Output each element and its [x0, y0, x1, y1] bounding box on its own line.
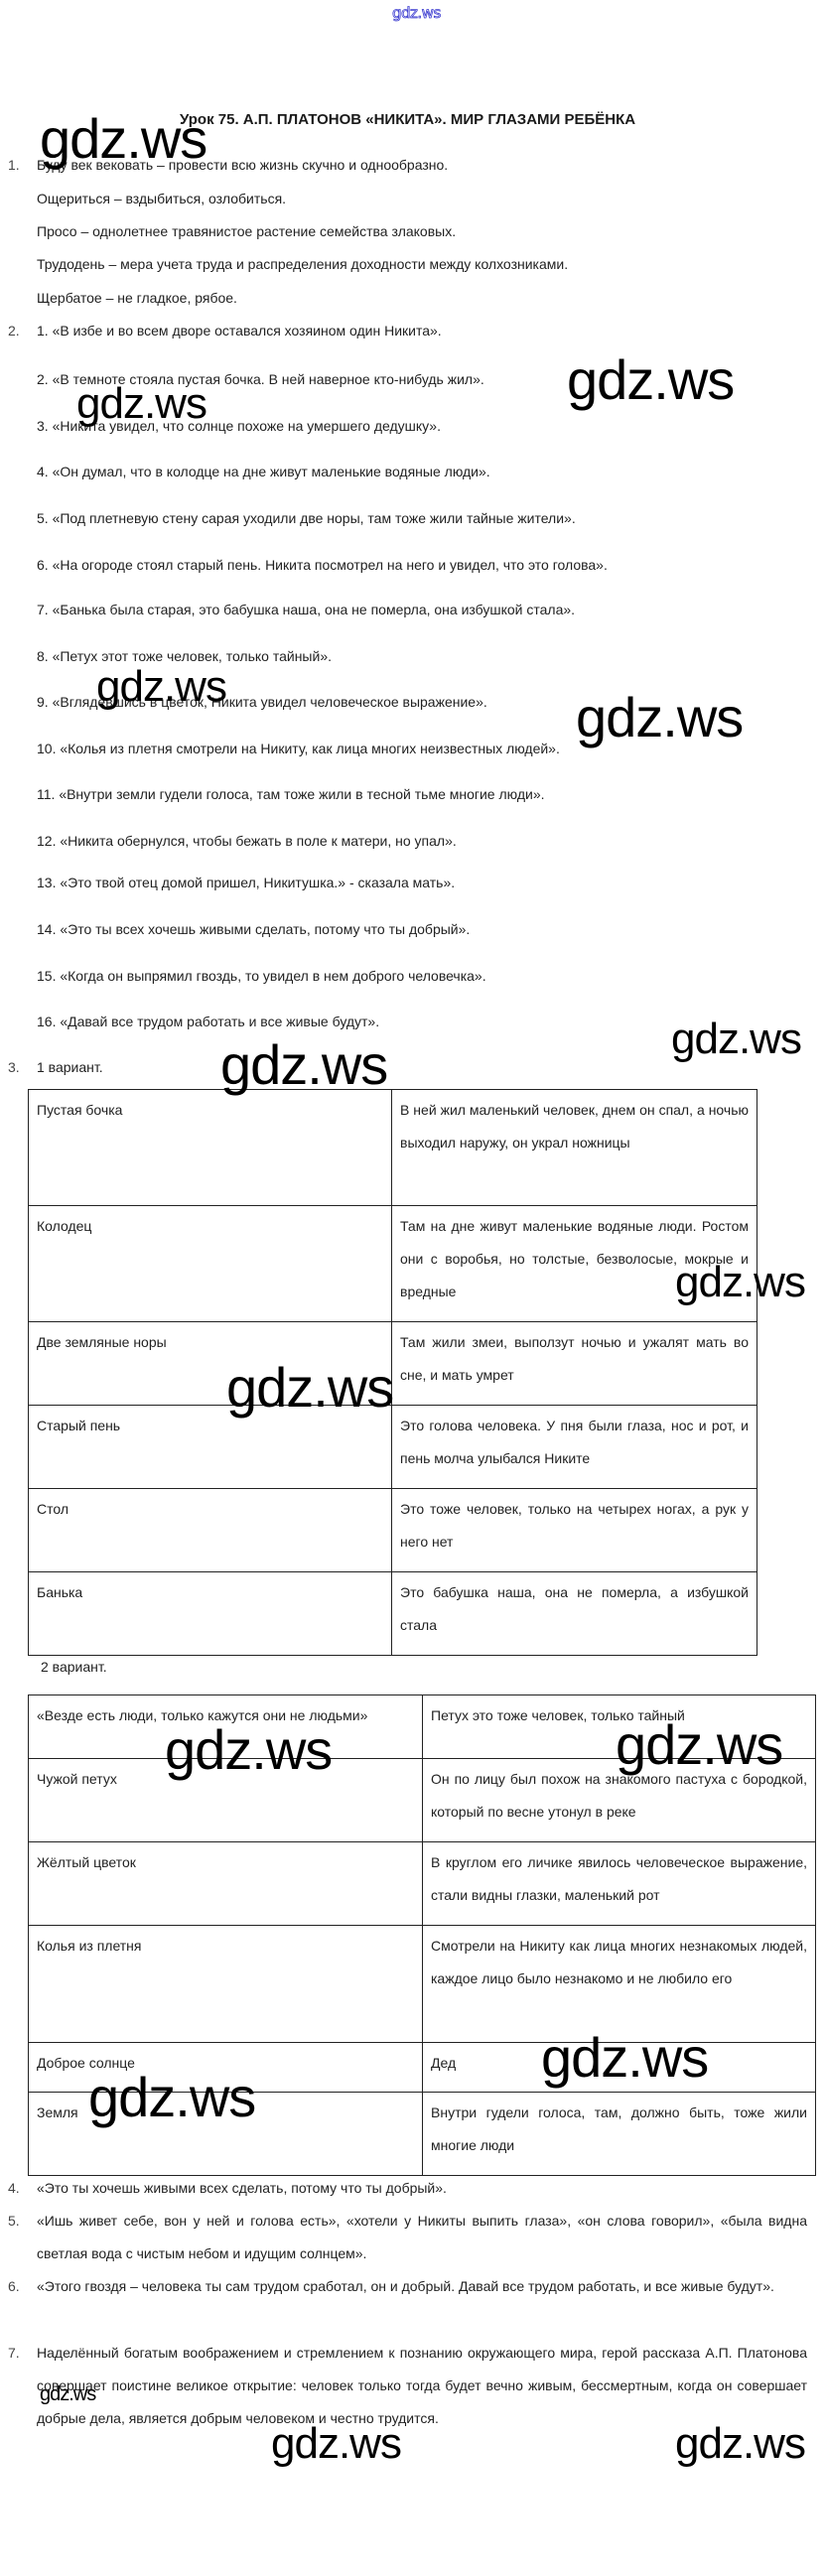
table-row: Жёлтый цветокВ круглом его личике явилос… [29, 1842, 816, 1926]
watermark: gdz.ws [567, 352, 734, 408]
watermark: gdz.ws [40, 2384, 95, 2404]
cell-item: Жёлтый цветок [29, 1842, 423, 1926]
task-number-3: 3. [8, 1059, 20, 1075]
watermark: gdz.ws [40, 111, 206, 167]
task-number-7: 7. [8, 2345, 20, 2361]
table-row: КолодецТам на дне живут маленькие водяны… [29, 1206, 757, 1322]
quote-item: 12. «Никита обернулся, чтобы бежать в по… [37, 833, 457, 849]
task-number-1: 1. [8, 157, 20, 173]
task-number-2: 2. [8, 323, 20, 339]
cell-item: Банька [29, 1572, 392, 1656]
quote-item: 11. «Внутри земли гудели голоса, там тож… [37, 786, 545, 802]
cell-description: Это тоже человек, только на четырех нога… [392, 1489, 757, 1572]
watermark: gdz.ws [271, 2422, 401, 2466]
table-row: Колья из плетняСмотрели на Никиту как ли… [29, 1926, 816, 2043]
variant2-label: 2 вариант. [41, 1659, 107, 1675]
watermark: gdz.ws [675, 1261, 805, 1304]
watermark: gdz.ws [576, 690, 743, 746]
page-title: Урок 75. А.П. ПЛАТОНОВ «НИКИТА». МИР ГЛА… [180, 111, 635, 128]
quote-item: 4. «Он думал, что в колодце на дне живут… [37, 464, 490, 479]
quote-item: 14. «Это ты всех хочешь живыми сделать, … [37, 921, 470, 937]
watermark: gdz.ws [675, 2422, 805, 2466]
table-row: СтолЭто тоже человек, только на четырех … [29, 1489, 757, 1572]
task-number-6: 6. [8, 2278, 20, 2294]
table-row: БанькаЭто бабушка наша, она не померла, … [29, 1572, 757, 1656]
watermark: gdz.ws [671, 1017, 801, 1061]
cell-description: В ней жил маленький человек, днем он спа… [392, 1090, 757, 1206]
quote-item: 10. «Колья из плетня смотрели на Никиту,… [37, 741, 560, 756]
quote-item: 5. «Под плетневую стену сарая уходили дв… [37, 510, 576, 526]
answer-6: «Этого гвоздя – человека ты сам трудом с… [37, 2270, 807, 2303]
watermark: gdz.ws [616, 1717, 782, 1773]
quote-item: 1. «В избе и во всем дворе оставался хоз… [37, 323, 442, 339]
task-number-5: 5. [8, 2213, 20, 2229]
watermark: gdz.ws [220, 1037, 387, 1093]
task-number-4: 4. [8, 2180, 20, 2196]
cell-item: Колодец [29, 1206, 392, 1322]
definition-line: Ощериться – вздыбиться, озлобиться. [37, 191, 286, 206]
watermark: gdz.ws [165, 1722, 332, 1778]
quote-item: 7. «Банька была старая, это бабушка наша… [37, 602, 575, 617]
definition-line: Просо – однолетнее травянистое растение … [37, 223, 456, 239]
watermark: gdz.ws [88, 2070, 255, 2125]
cell-description: Смотрели на Никиту как лица многих незна… [423, 1926, 816, 2043]
answer-4: «Это ты хочешь живыми всех сделать, пото… [37, 2172, 807, 2205]
answer-5: «Ишь живет себе, вон у ней и голова есть… [37, 2205, 807, 2270]
watermark: gdz.ws [226, 1360, 393, 1416]
cell-description: Это бабушка наша, она не померла, а избу… [392, 1572, 757, 1656]
quote-item: 16. «Давай все трудом работать и все жив… [37, 1014, 379, 1029]
definition-line: Щербатое – не гладкое, рябое. [37, 290, 237, 306]
watermark: gdz.ws [541, 2030, 708, 2086]
quote-item: 6. «На огороде стоял старый пень. Никита… [37, 557, 608, 573]
definition-line: Трудодень – мера учета труда и распредел… [37, 256, 568, 272]
watermark: gdz.ws [76, 382, 206, 426]
cell-description: В круглом его личике явилось человеческо… [423, 1842, 816, 1926]
watermark: gdz.ws [96, 665, 226, 709]
cell-description: Это голова человека. У пня были глаза, н… [392, 1406, 757, 1489]
site-watermark-top: gdz.ws [392, 4, 441, 22]
variant1-label: 1 вариант. [37, 1059, 103, 1075]
cell-item: Колья из плетня [29, 1926, 423, 2043]
cell-item: Пустая бочка [29, 1090, 392, 1206]
quote-item: 15. «Когда он выпрямил гвоздь, то увидел… [37, 968, 486, 984]
cell-item: Стол [29, 1489, 392, 1572]
table-row: Пустая бочкаВ ней жил маленький человек,… [29, 1090, 757, 1206]
cell-description: Внутри гудели голоса, там, должно быть, … [423, 2093, 816, 2176]
quote-item: 13. «Это твой отец домой пришел, Никитуш… [37, 875, 455, 890]
cell-description: Там жили змеи, выползут ночью и ужалят м… [392, 1322, 757, 1406]
